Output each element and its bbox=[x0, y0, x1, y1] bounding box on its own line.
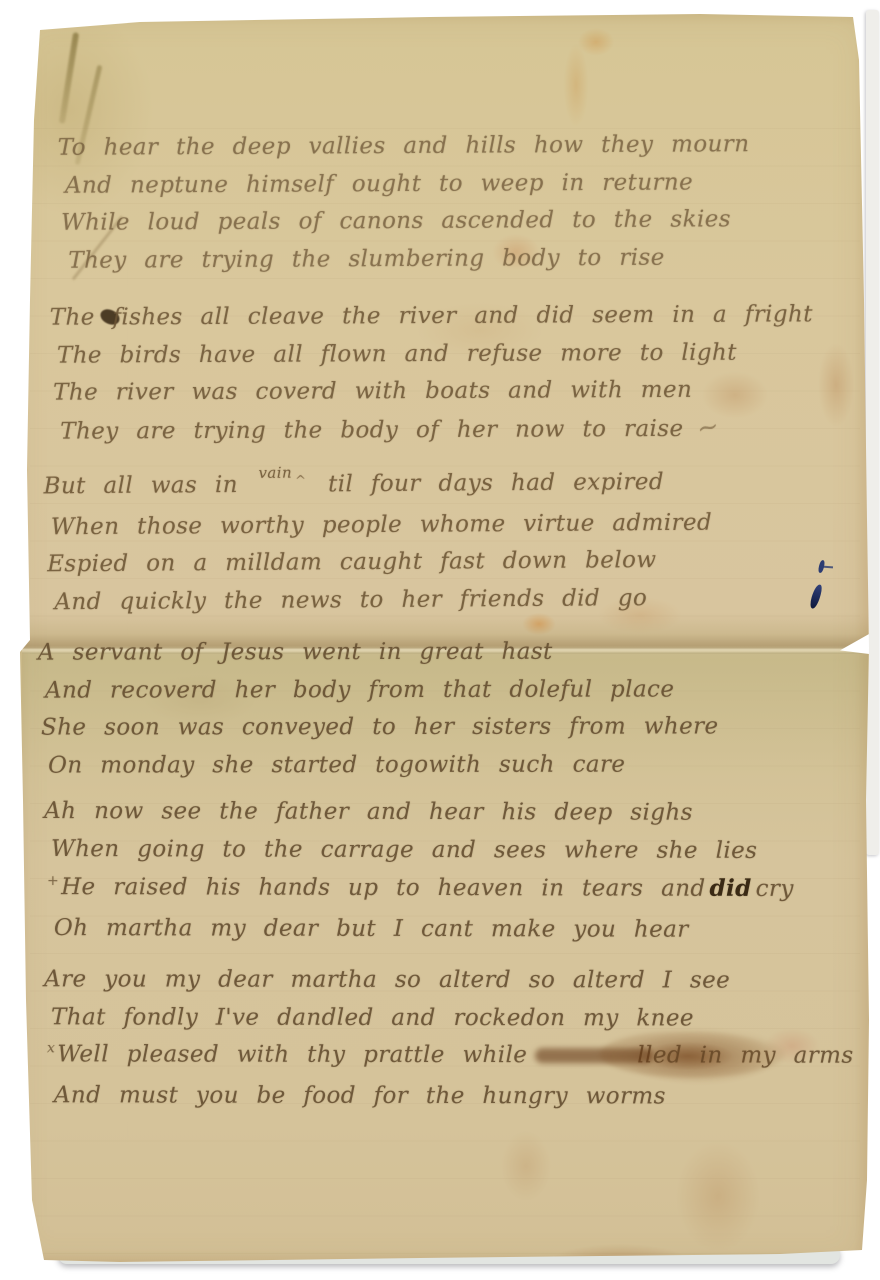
stanza-5: Ah now see the father and hear his deep … bbox=[44, 793, 794, 949]
poem-line: While loud peals of canons ascended to t… bbox=[61, 201, 750, 242]
smudged-word bbox=[535, 1048, 653, 1063]
poem-line: A servant of Jesus went in great hast bbox=[38, 633, 719, 672]
overwritten-word: did bbox=[710, 875, 752, 902]
stanza-2: The fishes all cleave the river and did … bbox=[50, 296, 814, 450]
scanned-document: To hear the deep vallies and hills how t… bbox=[0, 0, 880, 1280]
stanza-1: To hear the deep vallies and hills how t… bbox=[58, 126, 750, 280]
editorial-mark: + bbox=[47, 863, 59, 901]
poem-line: The birds have all flown and refuse more… bbox=[57, 334, 813, 375]
poem-line: Ah now see the father and hear his deep … bbox=[44, 793, 794, 832]
line-text: But all was in bbox=[44, 472, 238, 499]
line-text: cry bbox=[756, 876, 794, 902]
under-sheet-edge bbox=[866, 10, 879, 855]
line-text: He raised his hands up to heaven in tear… bbox=[61, 874, 706, 902]
line-text: Well pleased with thy prattle while bbox=[57, 1041, 527, 1068]
insertion-caret: ^ bbox=[295, 462, 307, 500]
poem-line: She soon was conveyed to her sisters fro… bbox=[41, 708, 719, 747]
poem-line: And quickly the news to her friends did … bbox=[54, 579, 712, 621]
poem-line: +He raised his hands up to heaven in tea… bbox=[47, 868, 794, 911]
stanza-6: Are you my dear martha so alterd so alte… bbox=[44, 961, 854, 1115]
poem-line: But all was in vain^ til four days had e… bbox=[43, 464, 712, 509]
poem-line: That fondly I've dandled and rockedon my… bbox=[51, 999, 854, 1038]
line-text: lled in my arms bbox=[637, 1042, 853, 1068]
blue-ink-mark bbox=[809, 583, 824, 609]
poem-line: To hear the deep vallies and hills how t… bbox=[58, 126, 750, 167]
poem-line: And neptune himself ought to weep in ret… bbox=[65, 164, 750, 205]
stanza-3: But all was in vain^ til four days had e… bbox=[43, 464, 712, 622]
line-text: They are trying the body of her now to r… bbox=[60, 415, 683, 444]
poem-line: The river was coverd with boats and with… bbox=[53, 371, 813, 412]
poem-line: Espied on a milldam caught fast down bel… bbox=[47, 542, 712, 584]
manuscript-page: To hear the deep vallies and hills how t… bbox=[0, 0, 880, 1280]
poem-line: When going to the carrage and sees where… bbox=[51, 831, 794, 870]
poem-line: And recoverd her body from that doleful … bbox=[45, 671, 719, 710]
pen-flourish: ~ bbox=[694, 407, 724, 448]
stanza-4: A servant of Jesus went in great hast An… bbox=[38, 633, 719, 784]
inserted-word: vain bbox=[258, 455, 292, 493]
poem-line: Are you my dear martha so alterd so alte… bbox=[44, 961, 854, 1000]
poem-line: They are trying the slumbering body to r… bbox=[68, 239, 750, 280]
poem-line: They are trying the body of her now to r… bbox=[60, 409, 813, 451]
poem-line: The fishes all cleave the river and did … bbox=[50, 296, 813, 337]
poem-line: xWell pleased with thy prattle whilelled… bbox=[47, 1036, 854, 1078]
corner-smudge-stroke bbox=[59, 32, 79, 124]
poem-line: And must you be food for the hungry worm… bbox=[54, 1077, 854, 1116]
poem-line: Oh martha my dear but I cant make you he… bbox=[54, 910, 794, 949]
line-text: til four days had expired bbox=[328, 469, 664, 497]
poem-line: When those worthy people whome virtue ad… bbox=[51, 504, 712, 546]
poem-line: On monday she started togowith such care bbox=[48, 746, 719, 785]
editorial-mark: x bbox=[47, 1030, 55, 1068]
